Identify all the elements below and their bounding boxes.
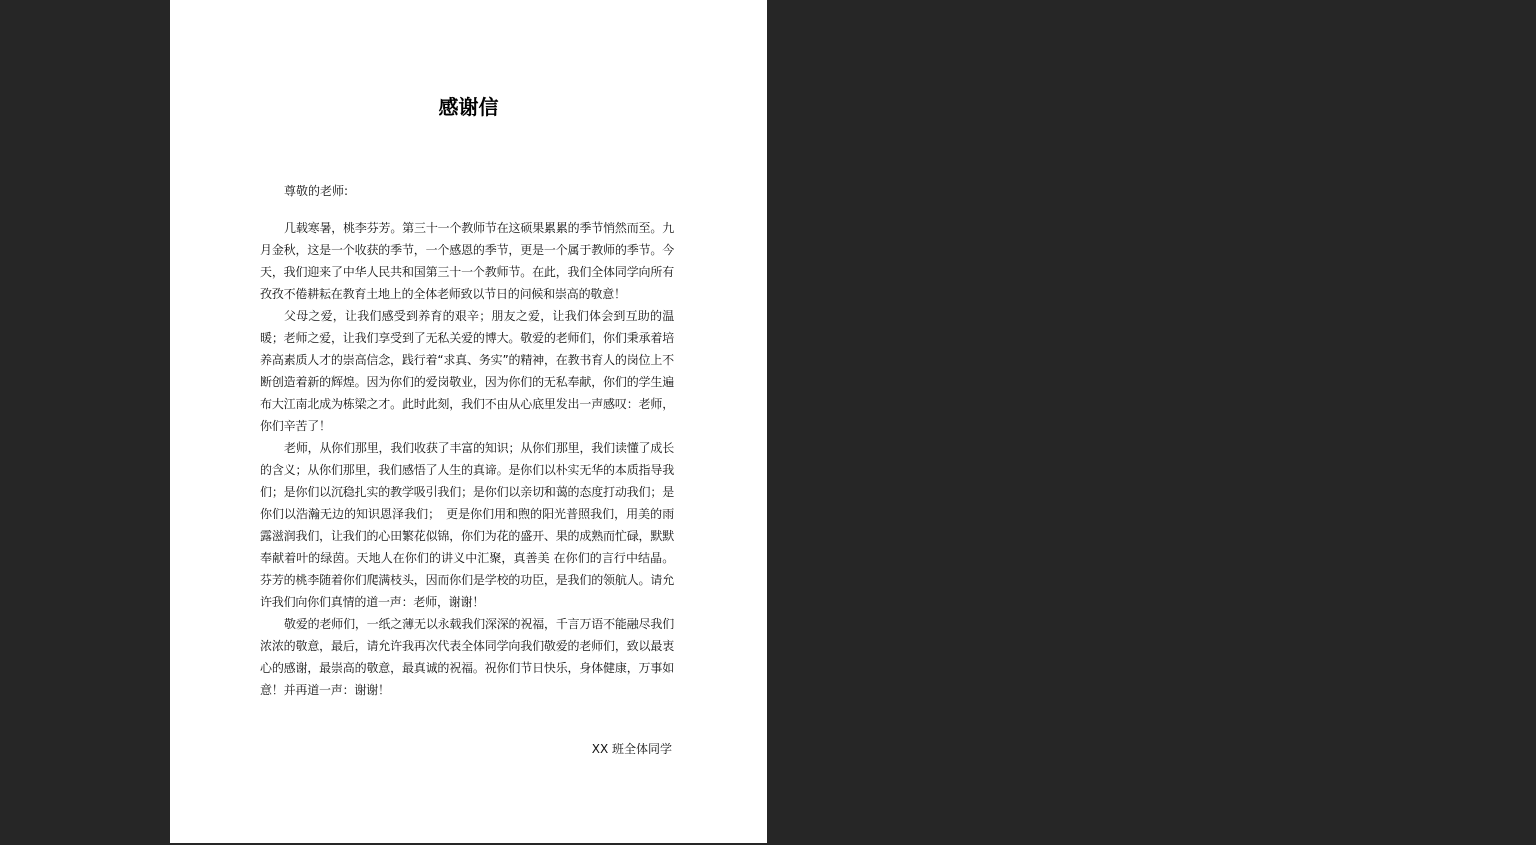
salutation: 尊敬的老师:: [260, 182, 674, 200]
signature: XX 班全体同学: [260, 740, 672, 758]
paragraph-3: 老师，从你们那里，我们收获了丰富的知识；从你们那里，我们读懂了成长的含义；从你们…: [260, 437, 674, 613]
document-title: 感谢信: [170, 93, 767, 121]
paragraph-4: 敬爱的老师们，一纸之薄无以永载我们深深的祝福，千言万语不能融尽我们浓浓的敬意，最…: [260, 613, 674, 701]
paragraph-1: 几载寒暑，桃李芬芳。第三十一个教师节在这硕果累累的季节悄然而至。九月金秋，这是一…: [260, 217, 674, 305]
document-page: 感谢信 尊敬的老师: 几载寒暑，桃李芬芳。第三十一个教师节在这硕果累累的季节悄然…: [170, 0, 767, 843]
letter-body: 几载寒暑，桃李芬芳。第三十一个教师节在这硕果累累的季节悄然而至。九月金秋，这是一…: [260, 217, 674, 701]
document-viewer: 感谢信 尊敬的老师: 几载寒暑，桃李芬芳。第三十一个教师节在这硕果累累的季节悄然…: [0, 0, 1536, 845]
paragraph-2: 父母之爱，让我们感受到养育的艰辛；朋友之爱，让我们体会到互助的温暖；老师之爱，让…: [260, 305, 674, 437]
